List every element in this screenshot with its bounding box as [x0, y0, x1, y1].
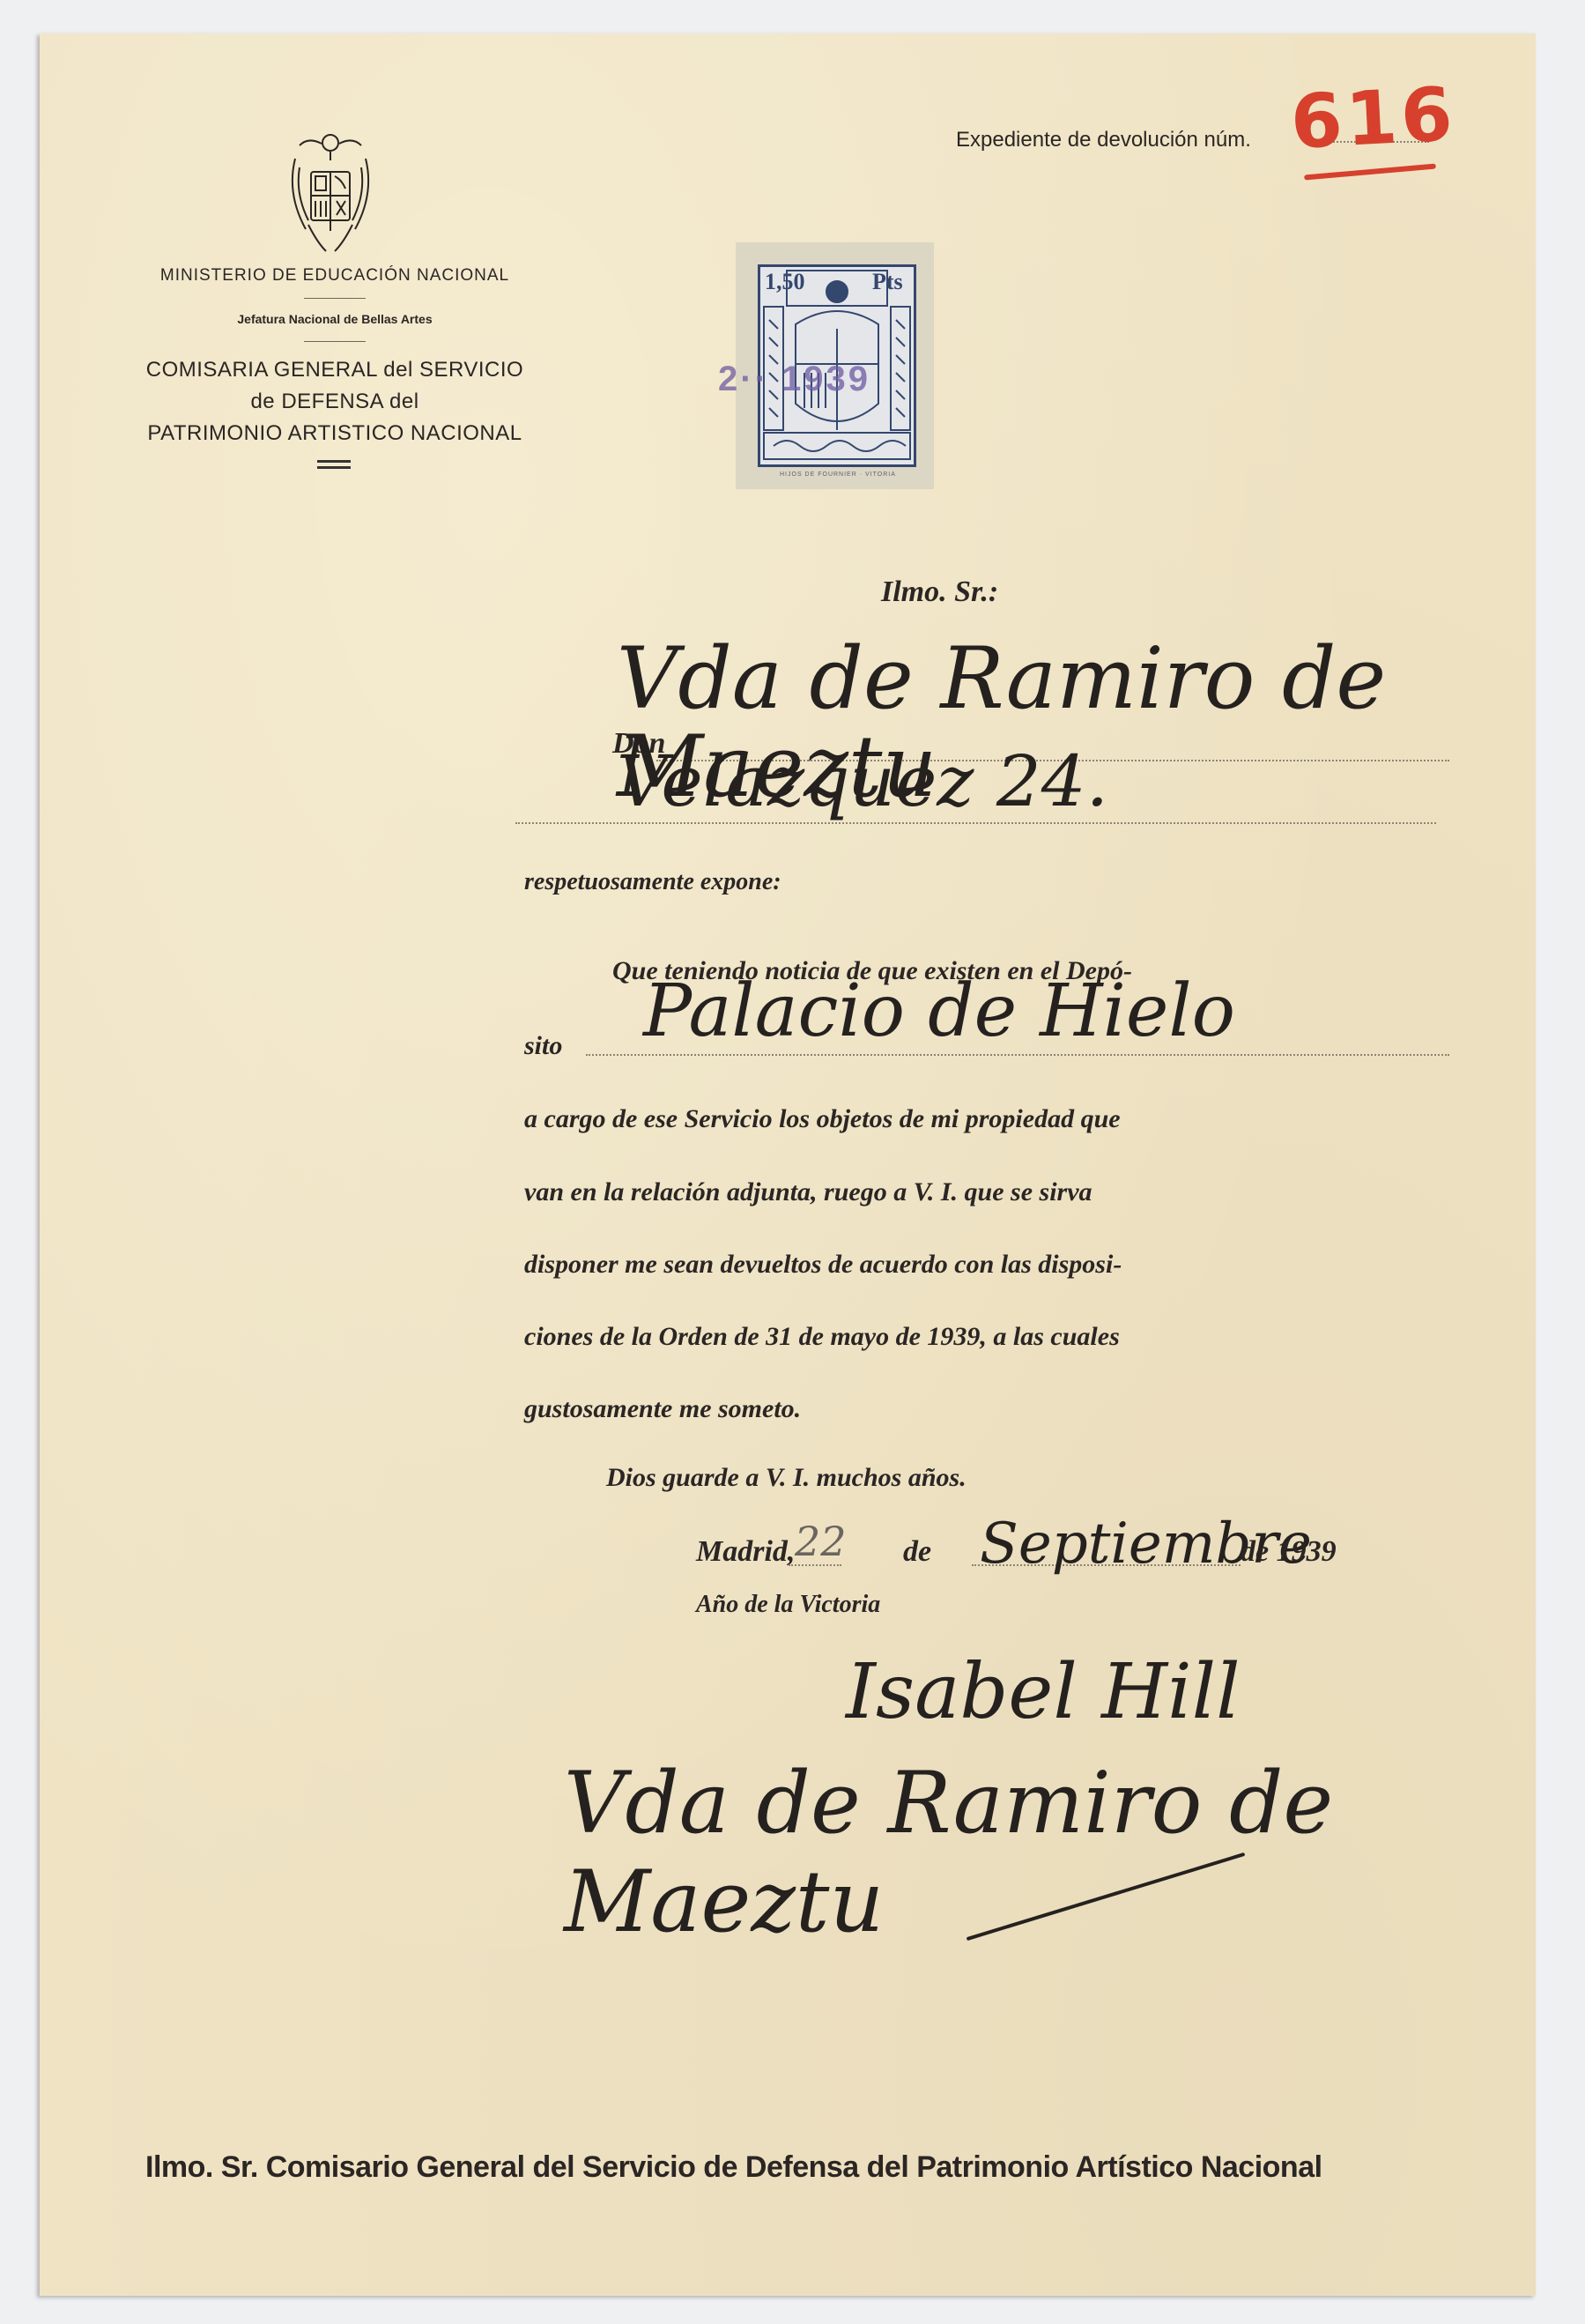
closing-era: Año de la Victoria	[696, 1591, 880, 1619]
letterhead-divider	[304, 298, 366, 299]
date-postmark: 2·· 1939	[718, 360, 870, 399]
applicant-address-field[interactable]	[515, 822, 1436, 824]
handwritten-day: 22	[795, 1518, 847, 1565]
commission-line-3: PATRIMONIO ARTISTICO NACIONAL	[141, 418, 529, 449]
handwritten-deposit: Palacio de Hielo	[643, 969, 1235, 1053]
letterhead-divider	[304, 341, 366, 342]
body-line-2: a cargo de ese Servicio los objetos de m…	[524, 1104, 1121, 1134]
ministry-title: MINISTERIO DE EDUCACIÓN NACIONAL	[141, 266, 529, 286]
double-rule	[317, 460, 351, 469]
file-number-value: 616	[1289, 71, 1458, 166]
commission-line-1: COMISARIA GENERAL del SERVICIO	[141, 354, 529, 386]
department-title: Jefatura Nacional de Bellas Artes	[141, 312, 529, 326]
file-number-label: Expediente de devolución núm.	[956, 128, 1251, 152]
deposit-prefix: sito	[524, 1031, 562, 1061]
closing-city: Madrid,	[696, 1535, 795, 1569]
handwritten-applicant-address: Velazquez 24.	[617, 740, 1108, 822]
coat-of-arms-eagle-icon	[282, 132, 379, 264]
addressee-footer: Ilmo. Sr. Comisario General del Servicio…	[145, 2150, 1322, 2185]
stamp-currency: Pts	[872, 269, 903, 295]
commission-title: COMISARIA GENERAL del SERVICIO de DEFENS…	[141, 354, 529, 449]
salutation: Ilmo. Sr.:	[881, 575, 998, 609]
closing-de: de	[903, 1535, 931, 1569]
body-line-3: van en la relación adjunta, ruego a V. I…	[524, 1177, 1092, 1207]
body-line-6: gustosamente me someto.	[524, 1394, 801, 1424]
stamp-printer-text: HIJOS DE FOURNIER · VITORIA	[780, 471, 896, 478]
body-line-4: disponer me sean devueltos de acuerdo co…	[524, 1250, 1122, 1280]
stamp-value: 1,50	[765, 269, 805, 295]
signature-line-2: Vda de Ramiro de Maeztu	[564, 1754, 1585, 1951]
body-intro: respetuosamente expone:	[524, 868, 781, 896]
closing-blessing: Dios guarde a V. I. muchos años.	[606, 1463, 967, 1493]
closing-year: de 1939	[1241, 1535, 1337, 1569]
body-line-5: ciones de la Orden de 31 de mayo de 1939…	[524, 1322, 1120, 1352]
deposit-field[interactable]	[586, 1054, 1449, 1056]
commission-line-2: de DEFENSA del	[141, 386, 529, 418]
signature-line-1: Isabel Hill	[846, 1648, 1241, 1736]
